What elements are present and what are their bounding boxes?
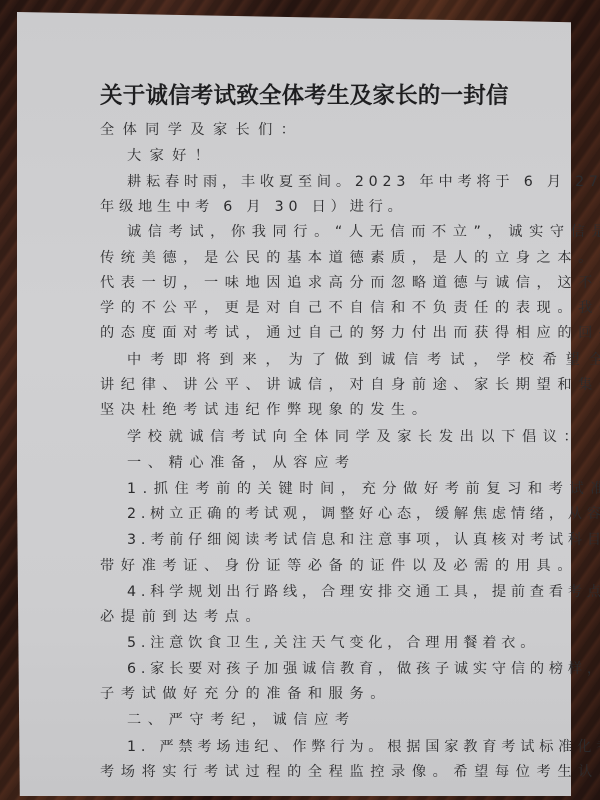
list-item-continuation: 考场将实行考试过程的全程监控录像。希望每位考生认真参加学校举	[100, 763, 600, 781]
paragraph-line: 学的不公平，更是对自己不自信和不负责任的表现。我们应当以诚信	[100, 299, 600, 317]
paragraph-line: 诚信考试，你我同行。“人无信而不立”，诚实守信是中华民族的	[127, 223, 600, 241]
list-item: 2.树立正确的考试观，调整好心态，缓解焦虑情绪，从容应考。	[127, 505, 600, 523]
list-item-continuation: 必提前到达考点。	[100, 608, 266, 626]
letter-content: 关于诚信考试致全体考生及家长的一封信 全体同学及家长们： 大家好！ 耕耘春时雨，…	[0, 0, 600, 800]
list-item: 1.抓住考前的关键时间，充分做好考前复习和考试准备。	[127, 480, 600, 498]
letter-title: 关于诚信考试致全体考生及家长的一封信	[100, 78, 500, 110]
list-item-continuation: 子考试做好充分的准备和服务。	[100, 685, 391, 703]
paragraph-line: 中考即将到来，为了做到诚信考试，学校希望全体同学在考试中	[127, 351, 600, 369]
paragraph-line: 耕耘春时雨，丰收夏至间。2023 年中考将于 6 月 27 日至 29 日（八	[127, 173, 600, 191]
paragraph-line: 的态度面对考试，通过自己的努力付出而获得相应的回报。	[100, 324, 600, 342]
paragraph-line: 学校就诚信考试向全体同学及家长发出以下倡议：	[127, 428, 584, 446]
greeting: 大家好！	[127, 147, 217, 165]
list-item: 5.注意饮食卫生,关注天气变化，合理用餐着衣。	[127, 634, 539, 652]
salutation: 全体同学及家长们：	[100, 121, 303, 139]
list-item: 6.家长要对孩子加强诚信教育，做孩子诚实守信的榜样，积极为孩	[127, 660, 600, 678]
paragraph-line: 坚决杜绝考试违纪作弊现象的发生。	[100, 401, 433, 419]
paragraph-line: 年级地生中考 6 月 30 日）进行。	[100, 198, 407, 216]
paragraph-line: 讲纪律、讲公平、讲诚信，对自身前途、家长期望和集体荣誉负责，	[100, 376, 600, 394]
list-item: 3.考前仔细阅读考试信息和注意事项，认真核对考试科目安排，携	[127, 531, 600, 549]
paragraph-line: 代表一切，一味地因追求高分而忽略道德与诚信，这不仅是对其他同	[100, 274, 600, 292]
list-item: 4.科学规划出行路线，合理安排交通工具，提前查看考点考场，务	[127, 583, 600, 601]
list-item: 1. 严禁考场违纪、作弊行为。根据国家教育考试标准化考点要求，	[127, 738, 600, 756]
list-item-continuation: 带好准考证、身份证等必备的证件以及必需的用具。	[100, 557, 578, 575]
section-heading-2: 二、严守考纪，诚信应考	[127, 711, 356, 729]
section-heading-1: 一、精心准备，从容应考	[127, 454, 356, 472]
paragraph-line: 传统美德，是公民的基本道德素质，是人的立身之本。考试成绩不能	[100, 249, 600, 267]
